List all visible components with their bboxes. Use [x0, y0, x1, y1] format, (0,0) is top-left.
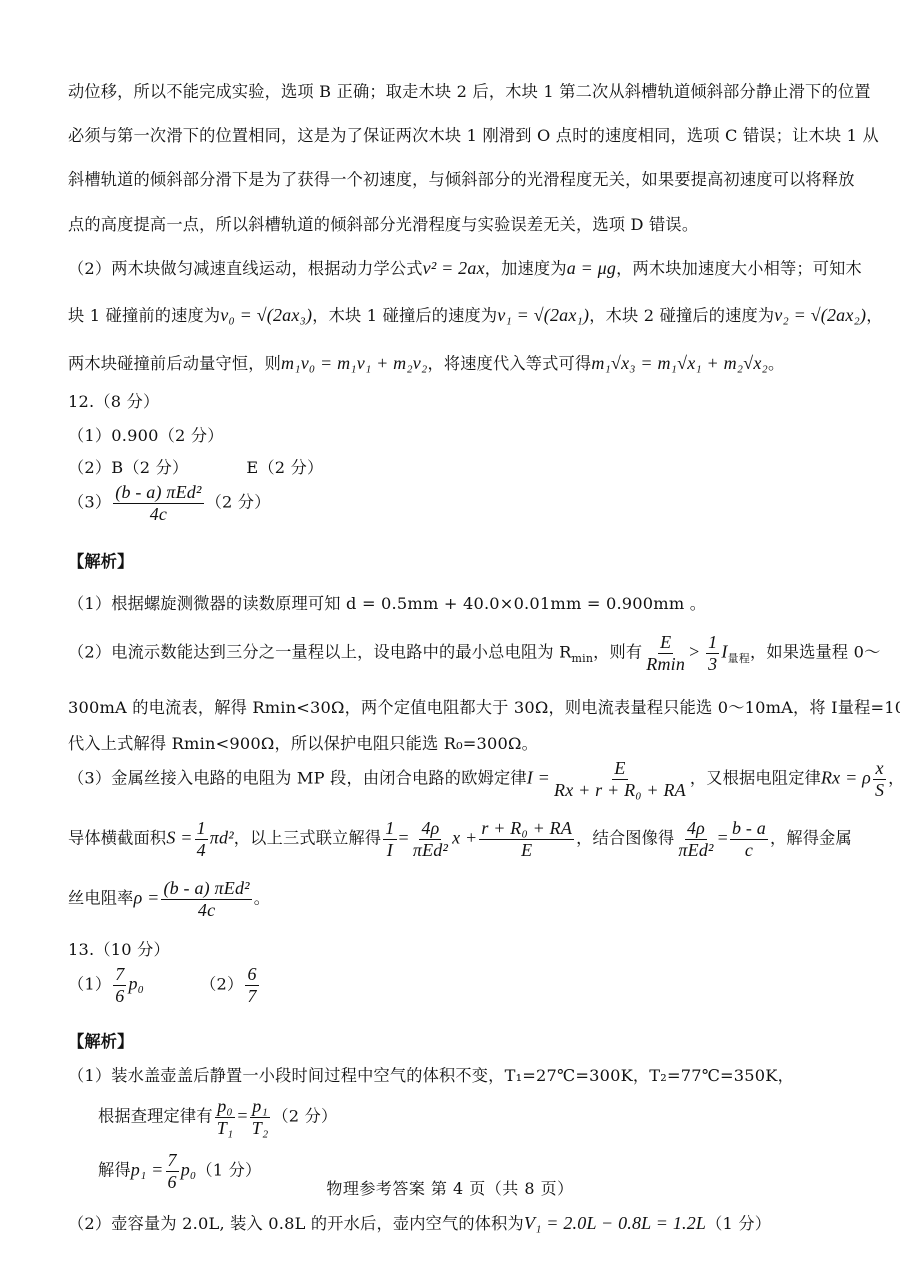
- text-line: 斜槽轨道的倾斜部分滑下是为了获得一个初速度，与倾斜部分的光滑程度无关，如果要提高…: [68, 166, 855, 190]
- text-line: 点的高度提高一点，所以斜槽轨道的倾斜部分光滑程度与实验误差无关，选项 D 错误。: [68, 211, 698, 235]
- fraction: ERx + r + R₀ + RA: [552, 758, 688, 800]
- text-line: （2）电流示数能达到三分之一量程以上，设电路中的最小总电阻为 Rmin，则有ER…: [68, 632, 881, 674]
- q12-answer-1: （1）0.900（2 分）: [68, 422, 224, 446]
- text-line: （1）根据螺旋测微器的读数原理可知 d = 0.5mm + 40.0×0.01m…: [68, 590, 706, 614]
- text-line: 必须与第一次滑下的位置相同，这是为了保证两次木块 1 刚滑到 O 点时的速度相同…: [68, 122, 879, 146]
- text-line: 丝电阻率ρ =(b - a) πEd²4c。: [68, 878, 270, 920]
- fraction: 67: [245, 964, 258, 1006]
- text-line: （2）壶容量为 2.0L, 装入 0.8L 的开水后，壶内空气的体积为V₁ = …: [68, 1210, 771, 1234]
- fraction: 4ρπEd²: [411, 818, 450, 860]
- formula: v² = 2ax: [423, 258, 485, 278]
- fraction: b - ac: [730, 818, 768, 860]
- fraction: (b - a) πEd²4c: [113, 482, 203, 524]
- text-line: 两木块碰撞前后动量守恒，则m₁v₀ = m₁v₁ + m₂v₂，将速度代入等式可…: [68, 350, 784, 374]
- text-line: 动位移，所以不能完成实验，选项 B 正确；取走木块 2 后，木块 1 第二次从斜…: [68, 78, 871, 102]
- q12-answer-2: （2）B（2 分）E（2 分）: [68, 454, 323, 478]
- text-line: （1）装水盖壶盖后静置一小段时间过程中空气的体积不变，T₁=27℃=300K，T…: [68, 1062, 794, 1086]
- text-line: 块 1 碰撞前的速度为v₀ = √(2ax₃)，木块 1 碰撞后的速度为v₁ =…: [68, 302, 883, 326]
- fraction: ERmin: [644, 632, 687, 674]
- fraction: p₁T₂: [250, 1096, 271, 1138]
- text-line: （3）金属丝接入电路的电阻为 MP 段，由闭合电路的欧姆定律I =ERx + r…: [68, 758, 900, 800]
- page-footer: 物理参考答案 第 4 页（共 8 页）: [0, 1176, 900, 1199]
- fraction: (b - a) πEd²4c: [161, 878, 251, 920]
- text-line: 代入上式解得 Rmin<900Ω，所以保护电阻只能选 R₀=300Ω。: [68, 730, 538, 754]
- text-line: 导体横截面积S =14πd²，以上三式联立解得1I=4ρπEd²x +r + R…: [68, 818, 852, 860]
- fraction: 14: [195, 818, 208, 860]
- fraction: p₀T₁: [215, 1096, 236, 1138]
- formula: v₁ = √(2ax₁): [497, 305, 589, 325]
- formula: a = μg: [567, 258, 616, 278]
- formula: v₂ = √(2ax₂): [774, 305, 866, 325]
- q13-answers: （1）76p₀（2）67: [68, 964, 261, 1006]
- fraction: 13: [706, 632, 719, 674]
- analysis-heading: 【解析】: [68, 1028, 134, 1052]
- question-13-header: 13.（10 分）: [68, 936, 170, 960]
- formula: v₀ = √(2ax₃): [220, 305, 312, 325]
- fraction: xS: [873, 758, 886, 800]
- formula: m₁v₀ = m₁v₁ + m₂v₂: [281, 353, 427, 373]
- text-line: 根据查理定律有p₀T₁=p₁T₂（2 分）: [98, 1096, 337, 1138]
- text-line: （2）两木块做匀减速直线运动，根据动力学公式v² = 2ax，加速度为a = μ…: [68, 255, 862, 279]
- fraction: 76: [113, 964, 126, 1006]
- fraction: r + R₀ + RAE: [479, 818, 574, 860]
- fraction: 4ρπEd²: [676, 818, 715, 860]
- fraction: 1I: [383, 818, 396, 860]
- q12-answer-3: （3）(b - a) πEd²4c（2 分）: [68, 482, 271, 524]
- text-line: 300mA 的电流表，解得 Rmin<30Ω，两个定值电阻都大于 30Ω，则电流…: [68, 694, 900, 718]
- formula: m₁√x₃ = m₁√x₁ + m₂√x₂: [591, 353, 768, 373]
- question-12-header: 12.（8 分）: [68, 388, 159, 412]
- analysis-heading: 【解析】: [68, 548, 134, 572]
